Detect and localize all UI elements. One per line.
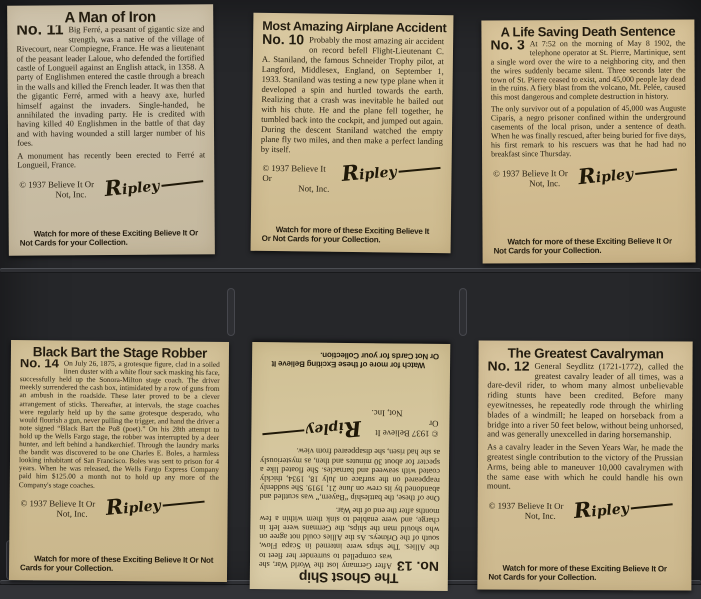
copyright-text: © 1937 Believe It Or Not, Inc. [19, 179, 94, 200]
copyright-text: © 1937 Believe It Or Not, Inc. [262, 163, 331, 194]
ripley-signature: Ripley [573, 496, 673, 520]
card-number: No. 11 [16, 26, 63, 39]
card-paragraph: A monument has recently been erected to … [17, 150, 205, 170]
card-title: A Life Saving Death Sentence [490, 27, 685, 37]
card-title: The Greatest Cavalryman [488, 348, 684, 359]
signature-flourish [162, 500, 204, 506]
ripley-signature: Ripley [341, 160, 441, 182]
card-paragraph: As a cavalry leader in the Seven Years W… [487, 443, 683, 493]
card-footer: Watch for more of these Exciting Believe… [20, 224, 204, 248]
copyright-block: © 1937 Believe It Or Not, Inc. Ripley [19, 178, 203, 199]
copyright-text: © 1937 Believe It Or Not, Inc. [489, 501, 564, 521]
copyright-text: © 1937 Believe It Or Not, Inc. [493, 168, 568, 188]
holder-slot [459, 288, 467, 336]
card-footer: Watch for more of these Exciting Believe… [262, 221, 440, 246]
card-body: No. 10 Probably the most amazing air acc… [261, 34, 444, 159]
card-paragraph: The only survivor out of a population of… [491, 105, 686, 159]
card-title: Black Bart the Stage Robber [20, 348, 220, 358]
signature-flourish [399, 167, 441, 173]
card-title: Most Amazing Airplane Accident [262, 21, 444, 33]
ripley-signature: Ripley [577, 162, 677, 185]
copyright-block: © 1937 Believe It Or Not, Inc. Ripley [21, 498, 217, 520]
card-number: No. 14 [20, 359, 59, 374]
card-body: No. 3 At 7:52 on the morning of May 8 19… [490, 39, 686, 162]
card-a-man-of-iron: A Man of Iron No. 11 Big Ferré, a peasan… [7, 4, 215, 255]
card-paragraph: Big Ferré, a peasant of gigantic size an… [16, 25, 205, 149]
copyright-text: © 1937 Believe It Or Not, Inc. [21, 498, 96, 519]
copyright-block: © 1937 Believe It Or Not, Inc. Ripley [262, 163, 440, 195]
card-paragraph: Probably the most amazing air accident o… [261, 34, 444, 156]
signature-flourish [262, 429, 304, 435]
card-title: The Ghost Ship [259, 572, 439, 583]
card-footer: Watch for more of these Exciting Believe… [263, 349, 439, 374]
signature-flourish [161, 180, 203, 187]
card-paragraph: On July 26, 1875, a grotesque figure, cl… [19, 359, 220, 490]
card-body: No. 12 General Seydlitz (1721-1772), cal… [487, 361, 684, 495]
card-the-greatest-cavalryman: The Greatest Cavalryman No. 12 General S… [477, 340, 692, 590]
card-most-amazing-airplane-accident: Most Amazing Airplane Accident No. 10 Pr… [251, 13, 454, 253]
copyright-block: © 1937 Believe It Or Not, Inc. Ripley [489, 501, 681, 522]
card-footer: Watch for more of these Exciting Believe… [488, 559, 680, 583]
card-title: A Man of Iron [16, 12, 204, 23]
card-number: No. 13 [397, 557, 439, 571]
card-holder-sheet: A Man of Iron No. 11 Big Ferré, a peasan… [0, 0, 701, 599]
card-body: No. 11 Big Ferré, a peasant of gigantic … [16, 25, 205, 173]
card-body: No. 14 On July 26, 1875, a grotesque fig… [19, 359, 220, 493]
card-footer: Watch for more of these Exciting Believe… [20, 550, 216, 575]
card-number: No. 10 [262, 34, 304, 50]
card-body: No. 13 After Germany lost the World War,… [259, 443, 440, 571]
copyright-text: © 1937 Believe It Or Not, Inc. [371, 408, 438, 439]
card-footer: Watch for more of these Exciting Believe… [493, 232, 684, 256]
card-number: No. 12 [487, 361, 529, 375]
card-number: No. 3 [490, 40, 524, 52]
holder-slot [227, 288, 235, 336]
copyright-block: © 1937 Believe It Or Not, Inc. Ripley [262, 407, 438, 439]
signature-flourish [630, 503, 672, 509]
card-black-bart-the-stage-robber: Black Bart the Stage Robber No. 14 On Ju… [9, 340, 229, 582]
ripley-signature: Ripley [104, 173, 204, 197]
holder-seam-horizontal [0, 268, 701, 273]
card-the-ghost-ship-upside-down: The Ghost Ship No. 13 After Germany lost… [250, 342, 451, 591]
card-paragraph: One of these, the battleship “Bayern,” w… [260, 446, 441, 503]
copyright-block: © 1937 Believe It Or Not, Inc. Ripley [493, 167, 684, 188]
signature-flourish [635, 168, 677, 175]
card-a-life-saving-death-sentence: A Life Saving Death Sentence No. 3 At 7:… [481, 19, 695, 263]
ripley-signature: Ripley [262, 420, 362, 442]
ripley-signature: Ripley [105, 494, 205, 515]
